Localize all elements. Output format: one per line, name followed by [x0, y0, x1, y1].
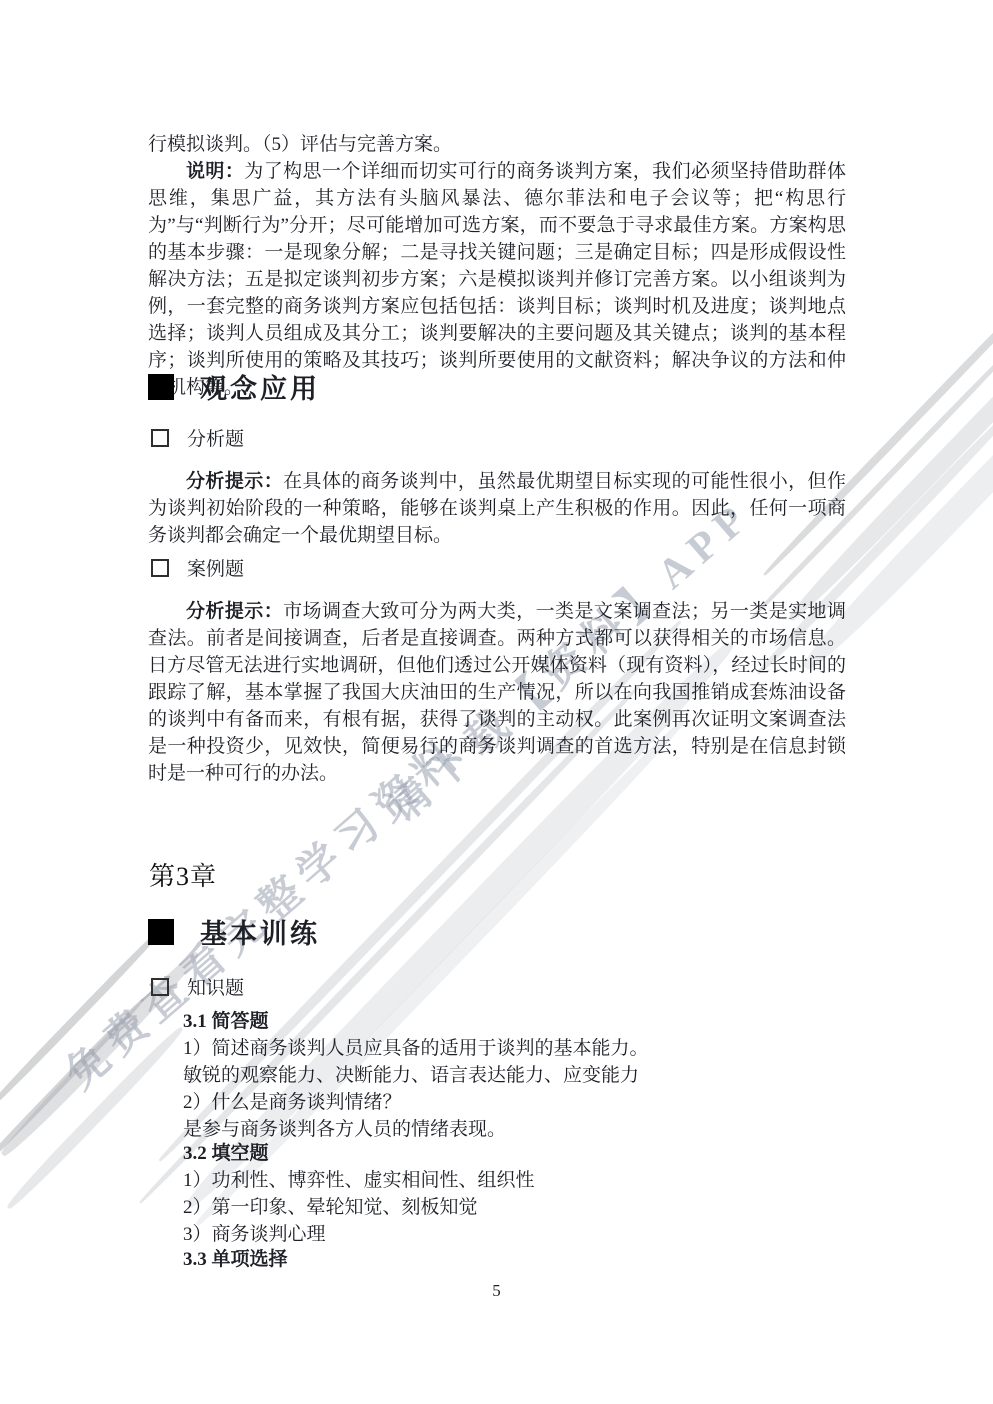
document-content: 行模拟谈判。（5）评估与完善方案。 说明：为了构思一个详细而切实可行的商务谈判方…: [0, 0, 993, 1404]
qa-line: 2）什么是商务谈判情绪？: [183, 1087, 402, 1114]
hint-text: 市场调查大致可分为两大类，一类是文案调查法；另一类是实地调查法。前者是间接调查，…: [148, 601, 846, 784]
hint-label: 分析提示：: [186, 601, 283, 622]
qa-heading-3-1: 3.1 简答题: [183, 1006, 269, 1033]
note-label: 说明：: [186, 161, 244, 182]
black-square-marker-icon: [148, 919, 174, 945]
sub-item-case: 案例题: [151, 554, 244, 581]
sub-item-label: 分析题: [187, 424, 244, 451]
paragraph-case-hint: 分析提示：市场调查大致可分为两大类，一类是文案调查法；另一类是实地调查法。前者是…: [148, 598, 846, 787]
continuation-text: 行模拟谈判。（5）评估与完善方案。: [148, 134, 452, 155]
paragraph-analysis-hint: 分析提示：在具体的商务谈判中，虽然最优期望目标实现的可能性很小，但作为谈判初始阶…: [148, 468, 846, 549]
note-text: 为了构思一个详细而切实可行的商务谈判方案，我们必须坚持借助群体思维，集思广益，其…: [148, 161, 846, 398]
outline-square-marker-icon: [151, 559, 169, 577]
sub-item-analysis: 分析题: [151, 424, 244, 451]
qa-heading-3-2: 3.2 填空题: [183, 1138, 269, 1165]
section-header-basic-training: 基本训练: [148, 912, 320, 951]
hint-label: 分析提示：: [186, 471, 283, 492]
qa-heading-3-3: 3.3 单项选择: [183, 1244, 288, 1271]
qa-line: 3）商务谈判心理: [183, 1219, 326, 1246]
sub-item-knowledge: 知识题: [151, 973, 244, 1000]
outline-square-marker-icon: [151, 429, 169, 447]
qa-line: 敏锐的观察能力、决断能力、语言表达能力、应变能力: [183, 1060, 639, 1087]
section-title: 基本训练: [200, 912, 320, 951]
section-title: 观念应用: [200, 367, 320, 406]
paragraph-note: 说明：为了构思一个详细而切实可行的商务谈判方案，我们必须坚持借助群体思维，集思广…: [148, 158, 846, 401]
page-number: 5: [0, 1281, 993, 1301]
sub-item-label: 知识题: [187, 973, 244, 1000]
chapter-title: 第3章: [149, 856, 217, 893]
qa-line: 1）功利性、博弈性、虚实相间性、组织性: [183, 1165, 535, 1192]
sub-item-label: 案例题: [187, 554, 244, 581]
qa-line: 1）简述商务谈判人员应具备的适用于谈判的基本能力。: [183, 1033, 649, 1060]
qa-line: 2）第一印象、晕轮知觉、刻板知觉: [183, 1192, 478, 1219]
section-header-concept-application: 观念应用: [148, 367, 320, 406]
outline-square-marker-icon: [151, 978, 169, 996]
qa-line: 是参与商务谈判各方人员的情绪表现。: [183, 1114, 506, 1141]
black-square-marker-icon: [148, 374, 174, 400]
scanned-document-page: { "page": { "background": "#ffffff", "te…: [0, 0, 993, 1404]
paragraph-continuation: 行模拟谈判。（5）评估与完善方案。: [148, 131, 846, 158]
